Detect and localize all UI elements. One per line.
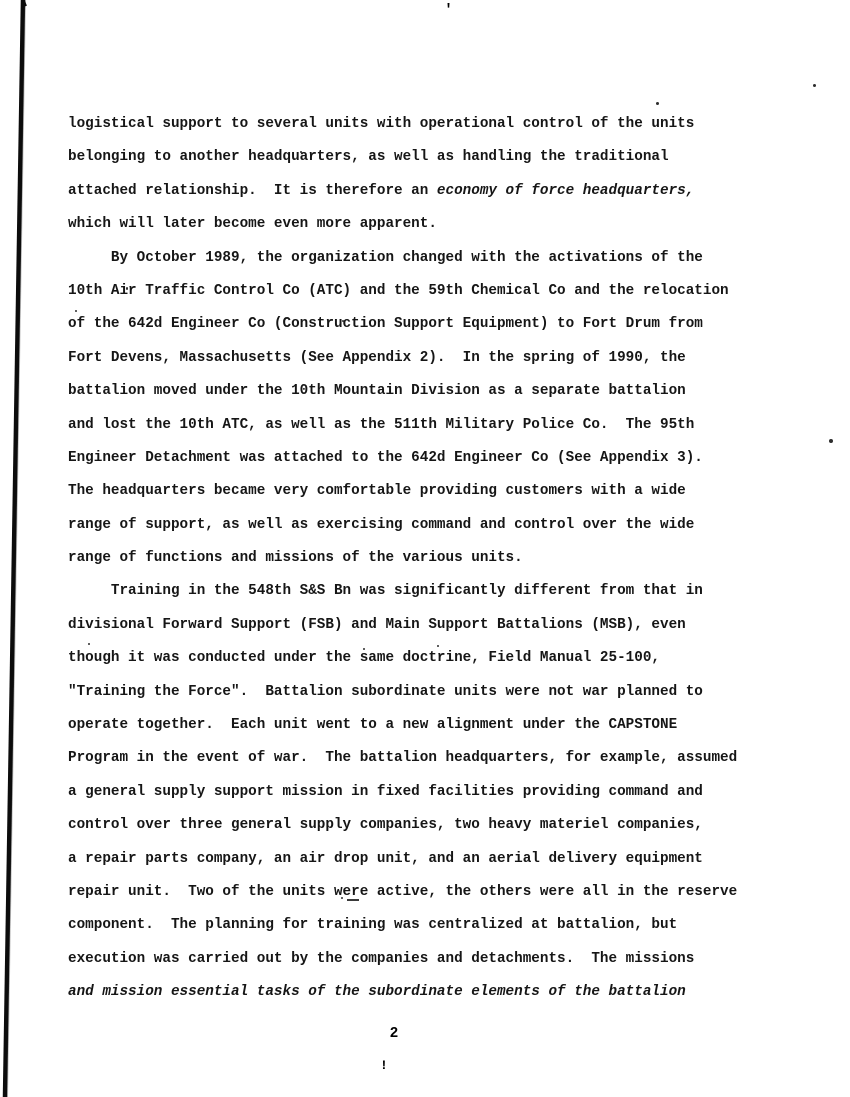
text-segment: range of support, as well as exercising … [68, 517, 694, 533]
text-segment: battalion moved under the 10th Mountain … [68, 383, 686, 399]
text-segment: repair unit. Two of the units were activ… [68, 884, 737, 900]
text-segment: component. The planning for training was… [68, 917, 677, 933]
scan-speck [813, 84, 816, 87]
text-line: Engineer Detachment was attached to the … [68, 442, 784, 475]
text-segment: of the 642d Engineer Co (Construction Su… [68, 316, 703, 332]
text-line: The headquarters became very comfortable… [68, 475, 784, 508]
text-line: and mission essential tasks of the subor… [68, 976, 784, 1009]
text-line: and lost the 10th ATC, as well as the 51… [68, 409, 784, 442]
text-line: battalion moved under the 10th Mountain … [68, 375, 784, 408]
text-segment: operate together. Each unit went to a ne… [68, 717, 677, 733]
text-segment: belonging to another headquarters, as we… [68, 149, 669, 165]
scan-speck [341, 897, 343, 899]
text-segment: logistical support to several units with… [68, 116, 694, 132]
text-line: execution was carried out by the compani… [68, 943, 784, 976]
text-segment: "Training the Force". Battalion subordin… [68, 684, 703, 700]
text-line: repair unit. Two of the units were activ… [68, 876, 784, 909]
scan-speck [126, 287, 128, 290]
text-segment: a general supply support mission in fixe… [68, 784, 703, 800]
text-line: range of support, as well as exercising … [68, 509, 784, 542]
text-line: logistical support to several units with… [68, 108, 784, 141]
emphasized-text: and mission essential tasks of the subor… [68, 984, 686, 1000]
text-line: belonging to another headquarters, as we… [68, 141, 784, 174]
text-segment: By October 1989, the organization change… [68, 250, 703, 266]
scan-speck [829, 439, 833, 443]
text-line: By October 1989, the organization change… [68, 242, 784, 275]
text-segment: Training in the 548th S&S Bn was signifi… [68, 583, 703, 599]
text-segment: execution was carried out by the compani… [68, 951, 694, 967]
scan-speck [300, 151, 302, 153]
text-line: a repair parts company, an air drop unit… [68, 843, 784, 876]
scan-speck [342, 320, 344, 322]
text-line: a general supply support mission in fixe… [68, 776, 784, 809]
text-segment: Engineer Detachment was attached to the … [68, 450, 703, 466]
scan-speck [656, 102, 659, 105]
scan-speck [88, 643, 90, 645]
text-line: though it was conducted under the same d… [68, 642, 784, 675]
text-segment: though it was conducted under the same d… [68, 650, 660, 666]
scan-speck [363, 648, 365, 650]
text-segment: Program in the event of war. The battali… [68, 750, 737, 766]
text-segment: and lost the 10th ATC, as well as the 51… [68, 417, 694, 433]
text-line: control over three general supply compan… [68, 809, 784, 842]
text-segment: Fort Devens, Massachusetts (See Appendix… [68, 350, 686, 366]
scan-speck [75, 310, 77, 312]
text-line: of the 642d Engineer Co (Construction Su… [68, 308, 784, 341]
text-segment: 10th Air Traffic Control Co (ATC) and th… [68, 283, 729, 299]
text-line: operate together. Each unit went to a ne… [68, 709, 784, 742]
text-line: 10th Air Traffic Control Co (ATC) and th… [68, 275, 784, 308]
scan-underline-artifact [347, 899, 359, 901]
text-line: range of functions and missions of the v… [68, 542, 784, 575]
text-line: attached relationship. It is therefore a… [68, 175, 784, 208]
scan-mark-apostrophe: ' [444, 2, 453, 19]
text-segment: The headquarters became very comfortable… [68, 483, 686, 499]
page-number: 2 [68, 1026, 720, 1042]
text-line: divisional Forward Support (FSB) and Mai… [68, 609, 784, 642]
text-segment: control over three general supply compan… [68, 817, 703, 833]
text-segment: attached relationship. It is therefore a… [68, 183, 437, 199]
text-line: Fort Devens, Massachusetts (See Appendix… [68, 342, 784, 375]
text-line: which will later become even more appare… [68, 208, 784, 241]
scan-mark-exclamation: ! [380, 1058, 387, 1073]
text-segment: which will later become even more appare… [68, 216, 437, 232]
text-line: Program in the event of war. The battali… [68, 742, 784, 775]
document-text: logistical support to several units with… [68, 108, 784, 1010]
text-segment: divisional Forward Support (FSB) and Mai… [68, 617, 686, 633]
text-segment: a repair parts company, an air drop unit… [68, 851, 703, 867]
text-line: component. The planning for training was… [68, 909, 784, 942]
scan-speck [437, 645, 439, 647]
text-line: Training in the 548th S&S Bn was signifi… [68, 575, 784, 608]
scanned-page: ' logistical support to several units wi… [0, 0, 850, 1097]
text-segment: range of functions and missions of the v… [68, 550, 523, 566]
emphasized-text: economy of force headquarters, [437, 183, 694, 199]
text-line: "Training the Force". Battalion subordin… [68, 676, 784, 709]
